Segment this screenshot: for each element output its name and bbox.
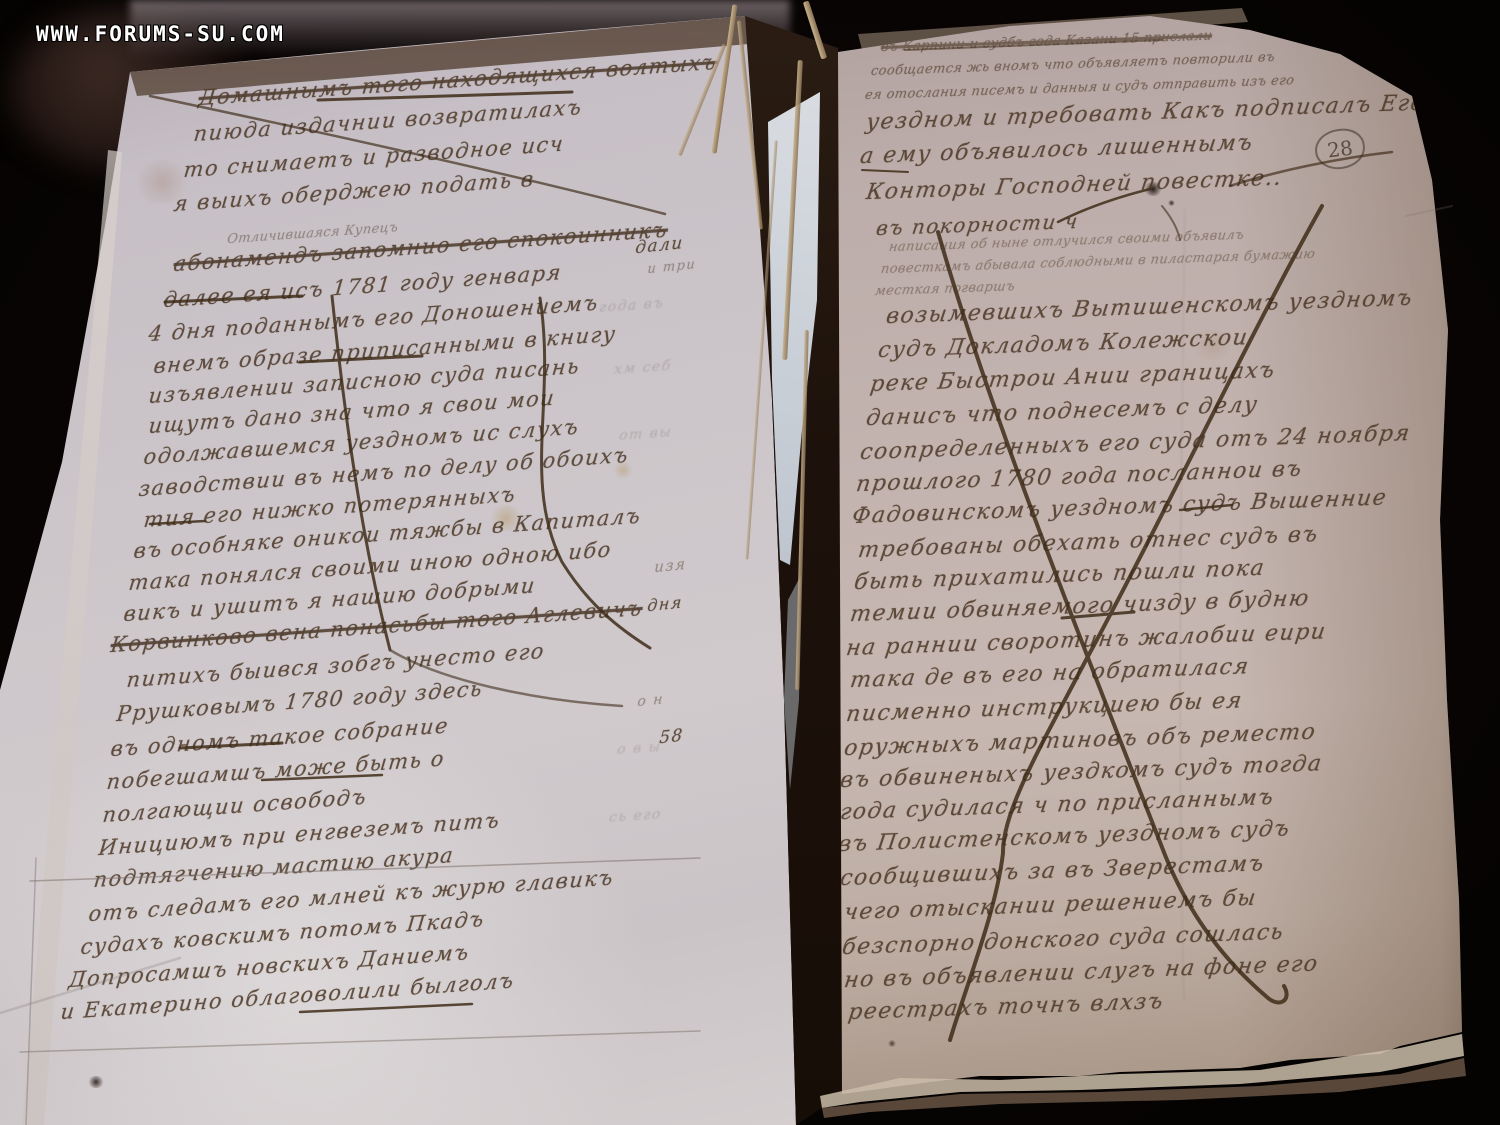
manuscript-line: дня [647, 592, 684, 615]
manuscript-line: дали [635, 233, 685, 258]
manuscript-line: реестрахъ точнъ влхзъ [846, 989, 1165, 1025]
manuscript-line: сообщается жь вномъ что объявляетъ повто… [870, 50, 1276, 79]
manuscript-line: судъ Докладомъ Колежскои [876, 325, 1250, 363]
manuscript-line: абонамендъ запомнио его спокоинникъ [172, 217, 669, 276]
ink-speck [1168, 200, 1175, 206]
page-number-badge: 28 [1313, 126, 1368, 172]
manuscript-line: а ему объявилось лишеннымъ [858, 130, 1255, 169]
manuscript-line: хм себ [613, 358, 672, 378]
manuscript-line: и три [647, 257, 697, 277]
manuscript-line: месткая погваршъ [874, 279, 1016, 299]
manuscript-line: данисъ что поднесемъ с делу [864, 392, 1259, 431]
manuscript-line: чего отыскании решениемъ бы [842, 886, 1258, 926]
manuscript-line: реке Быстрои Ании границахъ [868, 358, 1277, 397]
page-number: 28 [1326, 136, 1354, 163]
photo-of-manuscript: Домашнымъ того находящихся волтыхъпиюда … [0, 0, 1500, 1125]
manuscript-line: Конторы Господней повестке.. [864, 165, 1284, 205]
manuscript-line: года въ [598, 295, 665, 316]
manuscript-line: на раннии своротинъ жалобии еири [844, 619, 1328, 661]
manuscript-line: сообщившихъ за въ Зверестамъ [838, 851, 1266, 891]
manuscript-line: от вы [618, 424, 673, 444]
ink-blot [88, 1076, 104, 1088]
manuscript-line: о н [637, 691, 665, 710]
manuscript-line: така де въ его на обратилася [848, 654, 1251, 693]
manuscript-line: 58 [659, 725, 685, 748]
manuscript-line: но въ объявлении слугъ на фоне его [842, 951, 1320, 993]
ink-speck [888, 1040, 896, 1047]
watermark-text: WWW.FORUMS-SU.COM [36, 22, 285, 46]
manuscript-line: изя [654, 555, 687, 577]
manuscript-line: о в ы [616, 739, 662, 758]
manuscript-line: писменно инструкциею бы ея [844, 688, 1244, 727]
manuscript-line: сь его [608, 806, 662, 826]
